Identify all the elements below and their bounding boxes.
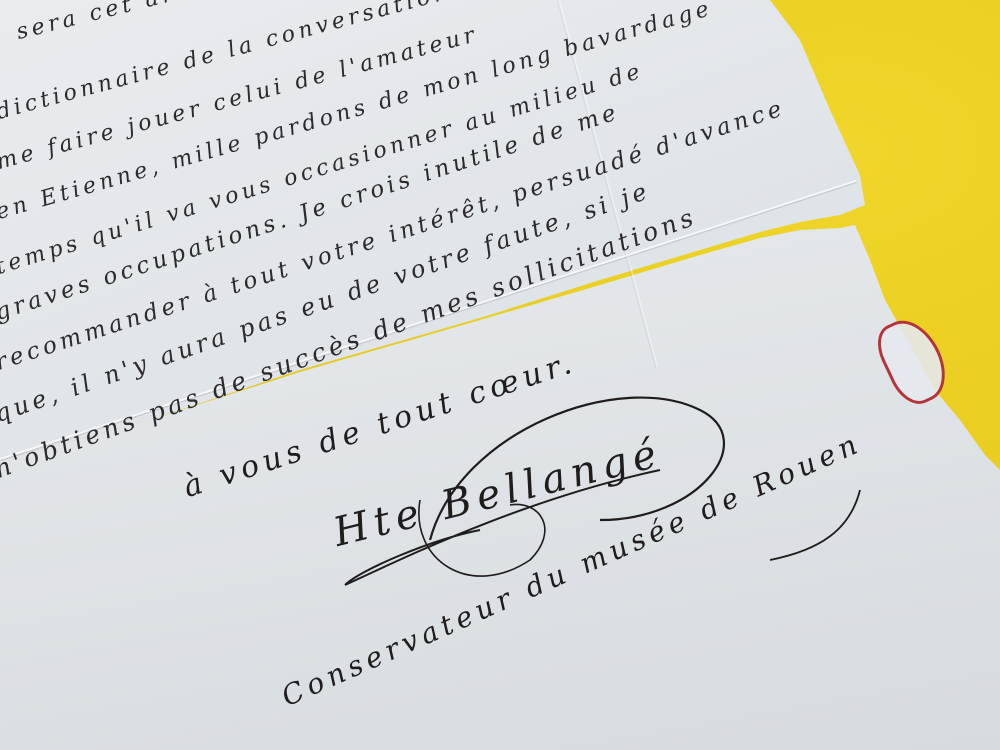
photo-scene: sera cet article biographique la convers… (0, 0, 1000, 750)
signature-flourish (0, 0, 1000, 750)
